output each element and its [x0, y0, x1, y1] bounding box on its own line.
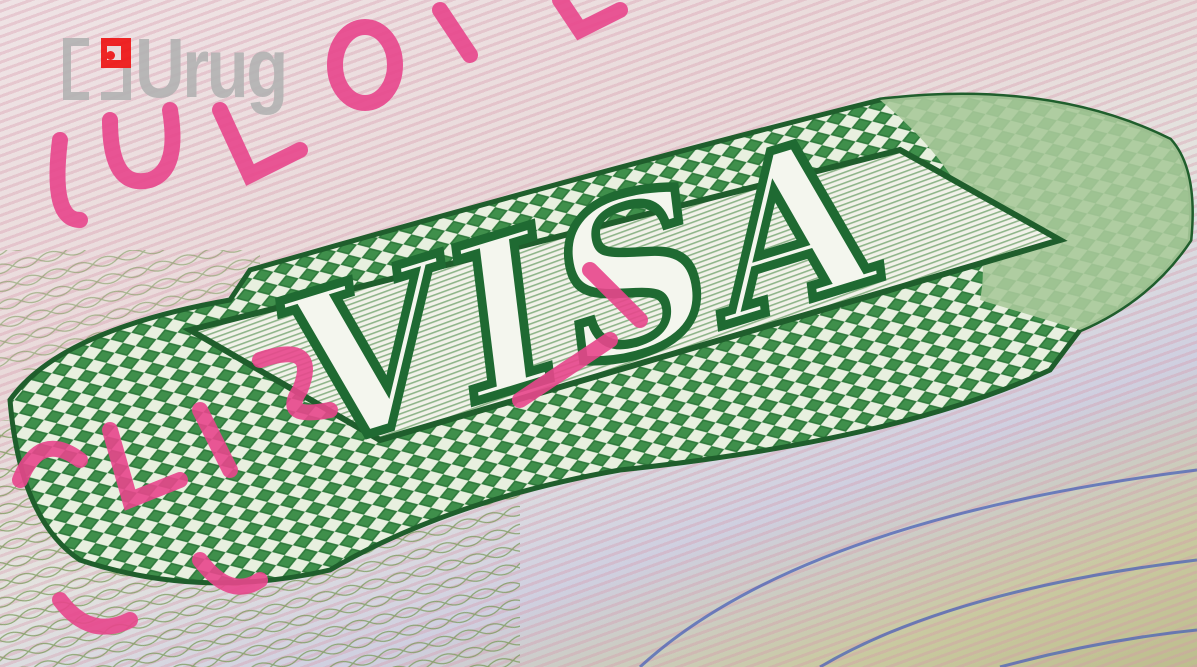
logo-mark-icon: [63, 38, 131, 100]
channel-logo: Urug: [63, 36, 319, 122]
logo-text: Urug: [135, 36, 286, 100]
hologram-lines: [640, 470, 1197, 667]
